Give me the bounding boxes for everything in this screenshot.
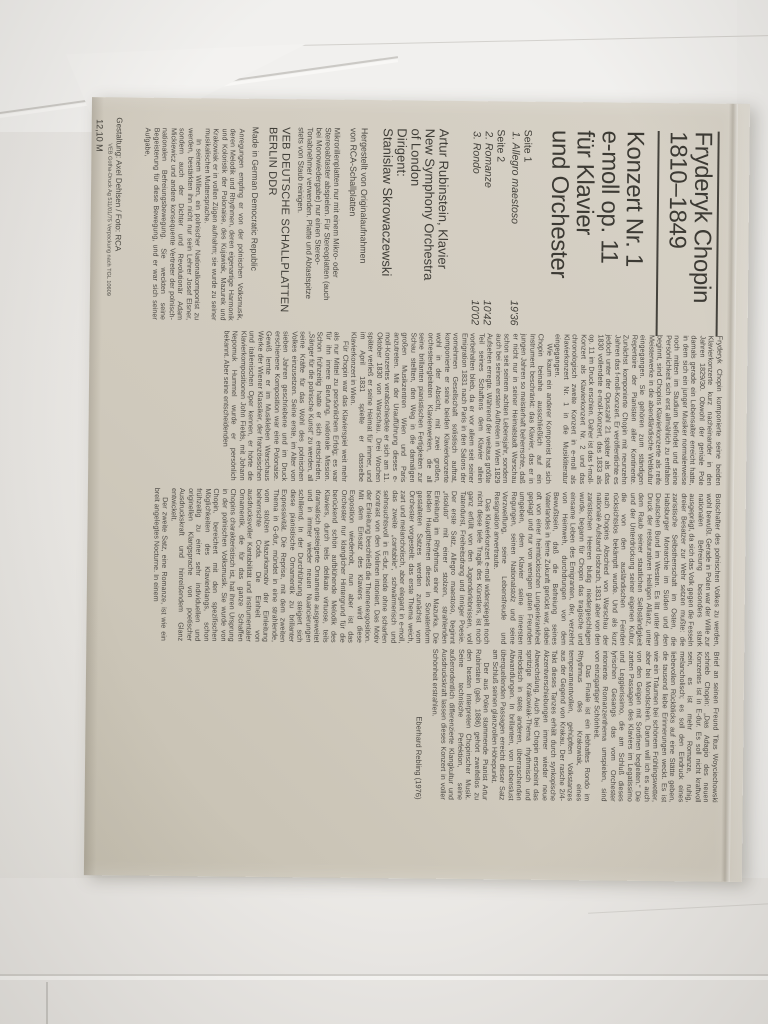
record-sleeve-back: Fryderyk Chopin 1810–1849 Konzert Nr. 1 … xyxy=(84,97,750,882)
record-care-note: Mikrorillenplatten nur mit einem Mikro- … xyxy=(295,127,342,301)
track-row: 2. Romanze 10'42 xyxy=(481,129,495,325)
liner-notes-column-a: Anregungen empfing er von der polnischen… xyxy=(142,128,246,321)
notes-signature: Eberhard Rebling (1976) xyxy=(414,649,425,800)
track-title: 3. Rondo xyxy=(470,131,482,174)
work-title: Konzert Nr. 1 e-moll op. 11 für Klavier … xyxy=(546,130,648,279)
print-note: VEB Gotha-Druck Ag 511/01/75 Verpackung … xyxy=(105,143,113,296)
price: 12,10 M xyxy=(94,119,104,152)
composer-dates: 1810–1849 xyxy=(664,131,690,249)
track-row: 1. Allegro maestoso 19'36 xyxy=(508,129,522,325)
work-title-line: für Klavier xyxy=(571,130,598,278)
title-rule-top xyxy=(716,132,720,337)
liner-notes-column-3-wrap: Brief an seinen Freund Titus Woyciechows… xyxy=(414,649,721,803)
track-title: 2. Romanze xyxy=(482,131,495,188)
sleeve-edge-shadow xyxy=(84,97,104,875)
liner-notes-column-3: Brief an seinen Freund Titus Woyciechows… xyxy=(430,649,721,803)
made-in-note: Made in German Democratic Republic xyxy=(249,127,261,271)
work-title-line: und Orchester xyxy=(546,130,573,278)
liner-notes-column-2: Botschafter des polnischen Volkes zu wer… xyxy=(151,488,722,647)
track-duration: 10'02 xyxy=(469,300,481,325)
track-duration: 10'42 xyxy=(481,300,493,325)
record-label-name: VEB DEUTSCHE SCHALLPLATTEN BERLIN DDR xyxy=(265,127,292,313)
work-title-line: Konzert Nr. 1 xyxy=(621,131,648,279)
background-paper-bottom xyxy=(0,878,768,1024)
sleeve-fold-shadow xyxy=(721,104,738,882)
title-rule-bottom xyxy=(656,131,660,336)
production-note: Hergestellt von Originalaufnahmen von RC… xyxy=(347,128,369,264)
performer-credits: Artur Rubinstein, Klavier New Symphony O… xyxy=(379,128,451,280)
record-label-line: VEB DEUTSCHE SCHALLPLATTEN xyxy=(277,127,291,312)
side2-label: Seite 2 xyxy=(493,129,507,325)
work-title-line: e-moll op. 11 xyxy=(596,130,623,278)
paper-crease-highlight xyxy=(0,976,768,980)
composer-name: Fryderyk Chopin xyxy=(689,131,716,303)
production-note-line: Hergestellt von Originalaufnahmen xyxy=(358,128,370,264)
track-title: 1. Allegro maestoso xyxy=(509,131,522,224)
photo-of-record-sleeve: Fryderyk Chopin 1810–1849 Konzert Nr. 1 … xyxy=(0,0,768,1024)
side1-label: Seite 1 xyxy=(520,130,534,326)
track-duration: 19'36 xyxy=(508,300,520,325)
liner-notes-column-1: Fryderyk Chopin komponierte seine beiden… xyxy=(221,330,724,485)
paper-crease xyxy=(46,982,48,1024)
performer-line: Stanislaw Skrowaczewski xyxy=(379,128,395,280)
track-row: 3. Rondo 10'02 xyxy=(469,129,483,325)
design-credit: Gestaltung: Axel Dehlsen / Foto: RCA xyxy=(113,117,123,251)
tracklist: Seite 1 1. Allegro maestoso 19'36 Seite … xyxy=(469,129,534,326)
